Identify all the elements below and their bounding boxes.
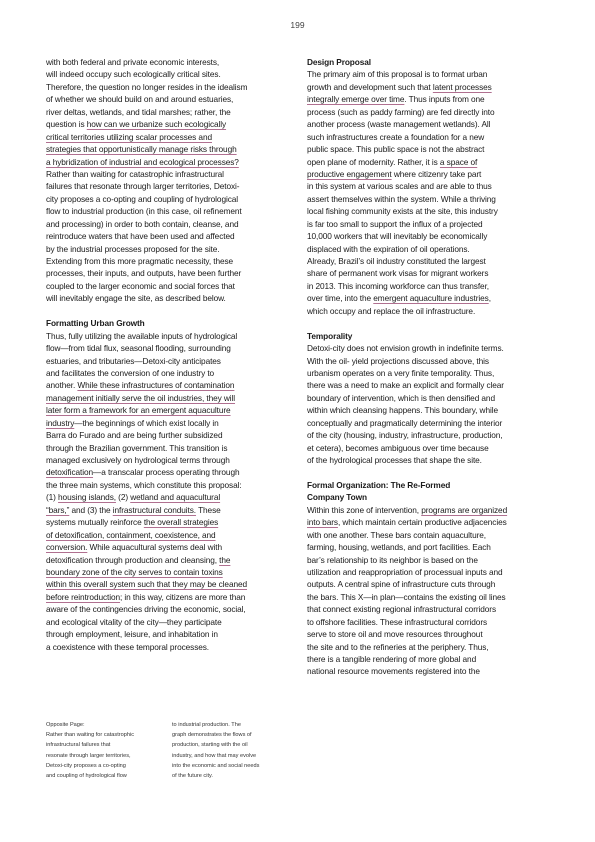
text-line: and facilitates the conversion of one in… [46,367,296,379]
text-line: industry—the beginnings of which exist l… [46,417,296,429]
text-line: “bars,” and (3) the infrastructural cond… [46,504,296,516]
caption-line: to industrial production. The [172,720,292,730]
text-span: the site and to the refineries at the pe… [307,642,489,652]
text-span: with both federal and private economic i… [46,57,219,67]
text-line: is far too small to support the influx o… [307,218,559,230]
left-column: with both federal and private economic i… [46,56,296,653]
highlighted-phrase: detoxification [46,467,93,477]
text-line: that connect existing regional infrastru… [307,603,559,615]
text-line: reintroduce waters that have been used a… [46,230,296,242]
text-span: conceptually and pragmatically determini… [307,418,502,428]
highlighted-phrase: later form a framework for an emergent a… [46,405,231,415]
text-line: Barra do Furado and are being further su… [46,429,296,441]
text-span: displaced with the expiration of oil ope… [307,244,470,254]
text-span: Therefore, the question no longer reside… [46,82,247,92]
highlighted-phrase: strategies that opportunistically manage… [46,144,237,154]
text-span: (2) [116,492,130,502]
text-span: over time, into the [307,293,373,303]
text-line: process (such as paddy farming) are fed … [307,106,559,118]
text-line: With the oil- yield projections discusse… [307,355,559,367]
text-line: Therefore, the question no longer reside… [46,81,296,93]
caption-line: industry, and how that may evolve [172,751,292,761]
text-span: river deltas, wetlands, and tidal marshe… [46,107,231,117]
text-line: and processing) in order to both contain… [46,218,296,230]
design-proposal-paragraph: The primary aim of this proposal is to f… [307,68,559,317]
text-span: of the city (housing, industry, infrastr… [307,430,502,440]
text-span: share of permanent work visas for migran… [307,268,488,278]
text-line: utilization and reappropriation of proce… [307,566,559,578]
text-span: failures that resonate through larger te… [46,181,239,191]
highlighted-phrase: a hybridization of industrial and ecolog… [46,157,239,167]
text-line: detoxification through production and cl… [46,554,296,566]
highlighted-phrase: the overall strategies [144,517,218,527]
caption-line: resonate through larger territories, [46,751,166,761]
text-span: bar’s relationship to its neighbor is ba… [307,555,478,565]
right-column: Design Proposal The primary aim of this … [307,56,559,678]
text-line: of detoxification, containment, coexiste… [46,529,296,541]
highlighted-phrase: of detoxification, containment, coexiste… [46,530,216,540]
text-line: coupled to the larger economic and socia… [46,280,296,292]
text-span: by the industrial processes proposed for… [46,244,219,254]
text-span: ; in this way, citizens are more than [120,592,245,602]
text-line: another process (waste management wetlan… [307,118,559,130]
highlighted-phrase: conversion. [46,542,87,552]
text-line: of the city (housing, industry, infrastr… [307,429,559,441]
text-span: growth and development such that [307,82,433,92]
text-line: such infrastructures create a foundation… [307,131,559,143]
highlighted-phrase: integrally emerge over time [307,94,404,104]
text-line: in this system at various scales and are… [307,180,559,192]
text-line: Extending from this more pragmatic neces… [46,255,296,267]
text-line: (1) housing islands, (2) wetland and aqu… [46,491,296,503]
caption-line: Opposite Page: [46,720,166,730]
text-span: estuaries, and tributaries—Detoxi-city a… [46,356,221,366]
text-line: aware of the contingencies driving the e… [46,603,296,615]
text-span: et cetera), becomes ambiguous over time … [307,443,489,453]
text-span: outputs. A central spine of infrastructu… [307,579,495,589]
text-span: , which maintain certain productive adja… [338,517,507,527]
text-span: coupled to the larger economic and socia… [46,281,235,291]
text-span: managed exclusively on hydrological term… [46,455,230,465]
text-line: a hybridization of industrial and ecolog… [46,156,296,168]
text-line: Detoxi-city does not envision growth in … [307,342,559,354]
text-line: into bars, which maintain certain produc… [307,516,559,528]
intro-paragraph: with both federal and private economic i… [46,56,296,305]
section-heading-temporality: Temporality [307,330,559,342]
text-line: boundary of intervention, which is then … [307,392,559,404]
text-line: to offshore facilities. These infrastruc… [307,616,559,628]
text-line: by the industrial processes proposed for… [46,243,296,255]
text-span: flow—from tidal flux, seasonal flooding,… [46,343,231,353]
text-line: with both federal and private economic i… [46,56,296,68]
text-span: serve to store oil and move resources th… [307,629,483,639]
text-span: open plane of modernity. Rather, it is [307,157,440,167]
section-heading-formatting-urban-growth: Formatting Urban Growth [46,317,296,329]
text-line: will inevitably engage the site, as desc… [46,292,296,304]
highlighted-phrase: productive engagement [307,169,392,179]
text-span: through the Brazilian government. This t… [46,443,227,453]
text-line: assert themselves within the system. Whi… [307,193,559,205]
text-span: there is a tangible rendering of more gl… [307,654,476,664]
text-span: Detoxi-city does not envision growth in … [307,343,504,353]
text-span: 10,000 workers that will inevitably be e… [307,231,487,241]
text-span: the three main systems, which constitute… [46,480,242,490]
text-span: , [489,293,491,303]
text-span: detoxification through production and cl… [46,555,219,565]
text-span: in this system at various scales and are… [307,181,492,191]
highlighted-phrase: within this overall system such that the… [46,579,247,589]
text-line: over time, into the emergent aquaculture… [307,292,559,304]
text-span: public space. This public space is not t… [307,144,484,154]
text-line: managed exclusively on hydrological term… [46,454,296,466]
text-span: local fishing community exists at the si… [307,206,498,216]
text-line: the three main systems, which constitute… [46,479,296,491]
highlighted-phrase: how can we urbanize such ecologically [87,119,226,129]
text-line: flow—from tidal flux, seasonal flooding,… [46,342,296,354]
text-line: Within this zone of intervention, progra… [307,504,559,516]
text-line: urbanism operates on a very finite tempo… [307,367,559,379]
text-span: of whether we should build on and around… [46,94,233,104]
text-line: growth and development such that latent … [307,81,559,93]
text-span: the bars. This X—in plan—contains the ex… [307,592,506,602]
text-span: flow to industrial production (in this c… [46,206,242,216]
text-span: —the beginnings of which exist locally i… [74,418,218,428]
text-span: Within this zone of intervention, [307,505,421,515]
text-span: urbanism operates on a very finite tempo… [307,368,494,378]
text-span: systems mutually reinforce [46,517,144,527]
text-line: bar’s relationship to its neighbor is ba… [307,554,559,566]
text-line: local fishing community exists at the si… [307,205,559,217]
highlighted-phrase: latent processes [433,82,492,92]
text-span: utilization and reappropriation of proce… [307,567,503,577]
text-span: —a transcalar process operating through [93,467,239,477]
text-line: detoxification—a transcalar process oper… [46,466,296,478]
text-span: The primary aim of this proposal is to f… [307,69,487,79]
text-span: city proposes a co-opting and coupling o… [46,194,238,204]
text-line: share of permanent work visas for migran… [307,267,559,279]
caption-line: into the economic and social needs [172,761,292,771]
highlighted-phrase: “bars,” [46,505,69,515]
highlighted-phrase: management initially serve the oil indus… [46,393,235,403]
section-heading-company-town: Company Town [307,491,559,503]
text-span: and (3) the [69,505,112,515]
text-line: there is a tangible rendering of more gl… [307,653,559,665]
text-line: before reintroduction; in this way, citi… [46,591,296,603]
text-line: strategies that opportunistically manage… [46,143,296,155]
text-line: 10,000 workers that will inevitably be e… [307,230,559,242]
text-span: assert themselves within the system. Whi… [307,194,496,204]
text-line: Thus, fully utilizing the available inpu… [46,330,296,342]
text-span: within which cleansing happens. This bou… [307,405,498,415]
text-span: Already, Brazil’s oil industry constitut… [307,256,486,266]
highlighted-phrase: the [219,555,230,565]
caption-line: Detoxi-city proposes a co-opting [46,761,166,771]
text-line: displaced with the expiration of oil ope… [307,243,559,255]
text-line: farming, housing, wetlands, and port fac… [307,541,559,553]
highlighted-phrase: industry [46,418,74,428]
text-line: systems mutually reinforce the overall s… [46,516,296,528]
text-span: is far too small to support the influx o… [307,219,482,229]
text-line: there was a need to make an explicit and… [307,379,559,391]
text-line: the site and to the refineries at the pe… [307,641,559,653]
text-span: that connect existing regional infrastru… [307,604,496,614]
text-span: Extending from this more pragmatic neces… [46,256,233,266]
formatting-urban-growth-paragraph: Thus, fully utilizing the available inpu… [46,330,296,653]
text-span: aware of the contingencies driving the e… [46,604,246,614]
text-line: later form a framework for an emergent a… [46,404,296,416]
text-span: Rather than waiting for catastrophic inf… [46,169,224,179]
highlighted-phrase: before reintroduction [46,592,120,602]
text-span: question is [46,119,87,129]
text-span: and processing) in order to both contain… [46,219,238,229]
caption-line: infrastructural failures that [46,740,166,750]
text-span: of the hydrological processes that shape… [307,455,482,465]
text-line: through the Brazilian government. This t… [46,442,296,454]
highlighted-phrase: housing islands, [58,492,116,502]
text-line: public space. This public space is not t… [307,143,559,155]
temporality-paragraph: Detoxi-city does not envision growth in … [307,342,559,466]
text-span: These [196,505,221,515]
text-line: another. While these infrastructures of … [46,379,296,391]
text-line: open plane of modernity. Rather, it is a… [307,156,559,168]
text-line: within which cleansing happens. This bou… [307,404,559,416]
figure-caption-part-1: Opposite Page:Rather than waiting for ca… [46,720,166,781]
section-heading-formal-organization: Formal Organization: The Re-Formed [307,479,559,491]
text-span: will inevitably engage the site, as desc… [46,293,226,303]
highlighted-phrase: infrastructural conduits. [113,505,196,515]
caption-line: Rather than waiting for catastrophic [46,730,166,740]
text-span: national resource movements registered i… [307,666,480,676]
text-span: there was a need to make an explicit and… [307,380,504,390]
text-line: serve to store oil and move resources th… [307,628,559,640]
caption-line: and coupling of hydrological flow [46,771,166,781]
highlighted-phrase: While these infrastructures of contamina… [77,380,234,390]
text-line: critical territories utilizing scalar pr… [46,131,296,143]
text-span: reintroduce waters that have been used a… [46,231,234,241]
text-line: et cetera), becomes ambiguous over time … [307,442,559,454]
text-line: will indeed occupy such ecologically cri… [46,68,296,80]
text-span: will indeed occupy such ecologically cri… [46,69,221,79]
highlighted-phrase: emergent aquaculture industries [373,293,488,303]
text-line: boundary zone of the city serves to cont… [46,566,296,578]
text-span: such infrastructures create a foundation… [307,132,484,142]
highlighted-phrase: wetland and aquacultural [130,492,220,502]
text-span: With the oil- yield projections discusse… [307,356,489,366]
text-line: estuaries, and tributaries—Detoxi-city a… [46,355,296,367]
text-line: productive engagement where citizenry ta… [307,168,559,180]
text-span: where citizenry take part [392,169,482,179]
text-line: the bars. This X—in plan—contains the ex… [307,591,559,603]
text-line: of the hydrological processes that shape… [307,454,559,466]
text-span: While aquacultural systems deal with [87,542,222,552]
highlighted-phrase: a space of [440,157,477,167]
text-line: outputs. A central spine of infrastructu… [307,578,559,590]
caption-line: graph demonstrates the flows of [172,730,292,740]
text-span: another. [46,380,77,390]
text-span: and facilitates the conversion of one in… [46,368,214,378]
text-span: . Thus inputs from one [404,94,484,104]
text-line: of whether we should build on and around… [46,93,296,105]
text-line: with one another. These bars contain aqu… [307,529,559,541]
text-span: (1) [46,492,58,502]
text-span: in 2013. This incoming workforce can thu… [307,281,489,291]
text-line: question is how can we urbanize such eco… [46,118,296,130]
text-line: a coexistence with these temporal proces… [46,641,296,653]
text-line: Already, Brazil’s oil industry constitut… [307,255,559,267]
text-line: which occupy and replace the oil infrast… [307,305,559,317]
text-line: and ecological vitality of the city—they… [46,616,296,628]
text-line: Rather than waiting for catastrophic inf… [46,168,296,180]
text-span: Thus, fully utilizing the available inpu… [46,331,237,341]
text-line: national resource movements registered i… [307,665,559,677]
figure-caption-part-2: to industrial production. Thegraph demon… [172,720,292,781]
text-line: integrally emerge over time. Thus inputs… [307,93,559,105]
highlighted-phrase: boundary zone of the city serves to cont… [46,567,223,577]
text-line: within this overall system such that the… [46,578,296,590]
text-line: failures that resonate through larger te… [46,180,296,192]
caption-line: production, starting with the oil [172,740,292,750]
text-line: river deltas, wetlands, and tidal marshe… [46,106,296,118]
formal-organization-paragraph: Within this zone of intervention, progra… [307,504,559,678]
caption-line: of the future city. [172,771,292,781]
text-span: which occupy and replace the oil infrast… [307,306,475,316]
text-line: processes, their inputs, and outputs, ha… [46,267,296,279]
text-span: process (such as paddy farming) are fed … [307,107,494,117]
highlighted-phrase: programs are organized [421,505,507,515]
text-line: city proposes a co-opting and coupling o… [46,193,296,205]
text-line: conversion. While aquacultural systems d… [46,541,296,553]
text-span: another process (waste management wetlan… [307,119,490,129]
text-span: boundary of intervention, which is then … [307,393,495,403]
text-line: conceptually and pragmatically determini… [307,417,559,429]
highlighted-phrase: into bars [307,517,338,527]
text-line: through employment, leisure, and inhabit… [46,628,296,640]
text-span: Barra do Furado and are being further su… [46,430,222,440]
text-span: processes, their inputs, and outputs, ha… [46,268,241,278]
highlighted-phrase: critical territories utilizing scalar pr… [46,132,212,142]
text-span: a coexistence with these temporal proces… [46,642,209,652]
page-number: 199 [0,20,595,30]
text-span: through employment, leisure, and inhabit… [46,629,218,639]
text-line: flow to industrial production (in this c… [46,205,296,217]
text-span: to offshore facilities. These infrastruc… [307,617,487,627]
text-line: in 2013. This incoming workforce can thu… [307,280,559,292]
text-span: farming, housing, wetlands, and port fac… [307,542,491,552]
text-line: management initially serve the oil indus… [46,392,296,404]
section-heading-design-proposal: Design Proposal [307,56,559,68]
text-line: The primary aim of this proposal is to f… [307,68,559,80]
text-span: with one another. These bars contain aqu… [307,530,486,540]
text-span: and ecological vitality of the city—they… [46,617,222,627]
